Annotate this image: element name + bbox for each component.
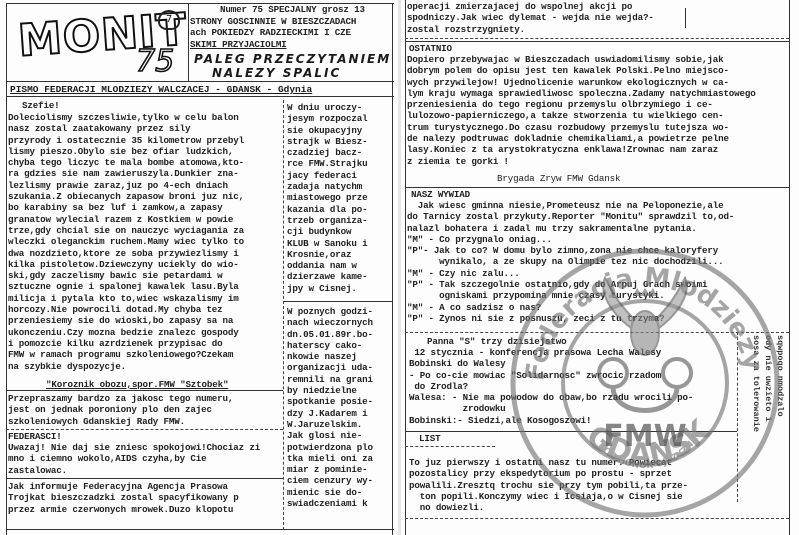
- note-line: Jak informuje Federacyjna Agencja Prasow…: [8, 481, 239, 492]
- interview-line: nalazl bohatera i zadal mu trzy sakramen…: [407, 223, 734, 234]
- article-line: ton popili.Konczymy wiec i Icsiaja,o w C…: [409, 491, 688, 502]
- editorial-note: Przepraszamy bardzo za jakosc tego numer…: [8, 393, 233, 427]
- column-line: strajk w Biesz-: [287, 136, 367, 147]
- article-signature: "Koroznik obozu,spor.FMW "Sztobek": [46, 379, 228, 390]
- article-line: na szybkie dyspozycje.: [8, 361, 244, 372]
- interview-line: "M" - A co sadzisz o nas?: [407, 302, 734, 313]
- column-line: nach wieczornych: [287, 317, 373, 328]
- article-line: Walesa: - Nie ma powodow do obaw,bo rzad…: [409, 392, 693, 403]
- column-line: jesym rozpoczal: [287, 113, 367, 124]
- article-line: kilka pistoletow.Dziewczyny uciekly do w…: [8, 259, 244, 270]
- article-line: i pomozcie kilku azrdzienek przypisac do: [8, 338, 244, 349]
- article-line: bo karabiny sa bez luf i zamkow,a zapasy: [8, 202, 244, 213]
- article-line: granatow wylecial razem z Kostkiem w pow…: [8, 214, 244, 225]
- article-line: dwa nozdzieto,ktore ze soba przywiezlism…: [8, 248, 244, 259]
- interview-line: "P"- Jak to co? W domu bylo zimno,zona n…: [407, 245, 734, 256]
- note-line: szkoleniowych Gdanskiej Rady FMW.: [8, 416, 233, 427]
- article-line: To juz pierwszy i ostatni nasz tu numer.…: [409, 457, 688, 468]
- interview-line: "M" - Co przygnalo oniag...: [407, 234, 734, 245]
- article-line: sztuczne ognie i spalonej kawalek lasu.B…: [8, 281, 244, 292]
- article-line: Bobinski:- Siedzi,ale Kosogoszowi!: [409, 415, 693, 426]
- note-line: mno i ciemno wokolo,AIDS czyha,by Cie: [8, 453, 260, 464]
- column-line: jpy w Cisnej.: [287, 283, 367, 294]
- side-column-strike: W dniu uroczy-jesym rozpoczalsie okupacy…: [287, 102, 367, 294]
- column-line: Krosnie,oraz: [287, 249, 367, 260]
- article-line: ski,gdy zaczelismy bawic sie petardami w: [8, 270, 244, 281]
- list-box: To juz pierwszy i ostatni nasz tu numer.…: [409, 457, 688, 513]
- article-line: 12 stycznia - konferencja prasowa Lecha …: [409, 347, 693, 358]
- column-line: rce FMW.Strajku: [287, 158, 367, 169]
- article-line: powalili.Zresztq trochu sie przy tym pob…: [409, 480, 688, 491]
- article-line: Doleciolismy szczesliwie,tylko w celu ba…: [8, 112, 244, 123]
- column-line: miastowego prze: [287, 192, 367, 203]
- column-line: dzy J.Kadarem i: [287, 408, 373, 419]
- margin-text-1: sosa za tolerowanie: [751, 335, 761, 432]
- article-line: wych przywilejow! Ujednolicenie warunkow…: [407, 77, 756, 88]
- article-line: zostal rozstrzygniety.: [407, 24, 654, 35]
- interview-line: "M" - Czy nic zalu...: [407, 268, 734, 279]
- article-line: milicja i pytala kto to,wiec wskazalismy…: [8, 293, 244, 304]
- interview-line: ogniskami przypomina mnie czasy turystyk…: [407, 290, 734, 301]
- badge-icon: 7: [158, 10, 180, 30]
- note-line: Uwazaj! Nie daj sie zniesc spokojowi!Cho…: [8, 442, 260, 453]
- column-line: spotkanie posie-: [287, 396, 373, 407]
- column-line: oddania nam w: [287, 260, 367, 271]
- issue-line: Numer 75 SPECJALNY grosz 13: [220, 4, 365, 15]
- column-line: dn.05.01.89r.bo-: [287, 329, 373, 340]
- margin-text-2: ody nie uwzieto i: [763, 335, 773, 422]
- article-line: wleczki oleganckim ruchem.Mamy wiec tylk…: [8, 236, 244, 247]
- column-line: KLUB w Sanoku i: [287, 238, 367, 249]
- note-line: zastalowac.: [8, 465, 260, 476]
- column-line: miar z pominie-: [287, 464, 373, 475]
- article-line: lulozowo-papierniczego,a takze stworzeni…: [407, 110, 756, 121]
- article-line: ra gdzies sie nam zawieruszyla.Dunkier z…: [8, 168, 244, 179]
- article-line: nasz zostal zaatakowany przez sily: [8, 123, 244, 134]
- article-line: - Po co-cie mowiac "Solidarnosc" zwrocic…: [409, 370, 693, 381]
- side-column-meeting: W poznych godzi-nach wieczornychdn.05.01…: [287, 306, 373, 509]
- column-line: sie okupacyjny: [287, 125, 367, 136]
- column-line: ciem cenzury wy-: [287, 475, 373, 486]
- ostatnio-signature: Brygada Zryw FMW Gdansk: [497, 173, 620, 184]
- article-line: lismy pieszo.Obylo sie bez ofiar ludzkic…: [8, 146, 244, 157]
- interview-heading: NASZ WYWIAD: [411, 189, 470, 200]
- interview-box: Jak wiesc gminna niesie,Prometeusz nie n…: [407, 200, 734, 324]
- note-line: przez armie czerwonych mrowek.Duzo klopo…: [8, 504, 239, 515]
- article-line: horcozy.Nie powrocili dotad.My chyba tez: [8, 304, 244, 315]
- article-line: FMW w ramach programu szkoleniowego?Czek…: [8, 349, 244, 360]
- panna-s-heading: Panna "S" trzy dzisiejstwo: [427, 336, 566, 347]
- column-line: potwierdzona plo: [287, 442, 373, 453]
- column-line: swiadczeniami k: [287, 498, 373, 509]
- article-line: przyrody i ostatecznie 35 kilometrow prz…: [8, 135, 244, 146]
- handwritten-note-2: NALEZY SPALIC: [212, 66, 341, 80]
- margin-text-3: sqwpoqo nmodzalo: [775, 335, 785, 417]
- handwritten-note-1: PALEG PRZECZYTANIEM: [194, 52, 391, 66]
- article-line: pozostalicy przy ekspedytorium po prostu…: [409, 468, 688, 479]
- article-line: przeniesiemy sie do wioski,bo zapasy sa …: [8, 315, 244, 326]
- interview-line: do Tarnicy zostal przykuty.Reporter "Mon…: [407, 211, 734, 222]
- article-line: dobrym polem do opisu jest ten kawalek P…: [407, 65, 756, 76]
- logo-number: 75: [136, 44, 174, 79]
- article-line: spodniczy.Jak wiec dylemat - wejda nie w…: [407, 12, 654, 23]
- column-line: W dniu uroczy-: [287, 102, 367, 113]
- article-line: lasy.Koniec z ta arystokratyczna enklawa…: [407, 144, 756, 155]
- federasci-box: Uwazaj! Nie daj sie zniesc spokojowi!Cho…: [8, 442, 260, 476]
- article-line: operacji zmierzajacej do wspolnej akcji …: [407, 1, 654, 12]
- list-heading: LIST: [419, 433, 440, 444]
- ostatnio-heading: OSTATNIO: [409, 43, 452, 54]
- article-line: trum turystycznego.Do czasu rozbudowy pr…: [407, 122, 756, 133]
- column-line: trzeb organiza-: [287, 215, 367, 226]
- article-line: ukonczeniu.Czy mozna bedzie znalezc gosp…: [8, 327, 244, 338]
- right-page: operacji zmierzajacej do wspolnej akcji …: [401, 0, 799, 535]
- interview-line: "P" - Zynos ni sie z posnuszu, zeci z tu…: [407, 313, 734, 324]
- article-line: Bobinski do Walesy: [409, 358, 693, 369]
- article-line: przeniesienia do tego regionu przemyslu …: [407, 99, 756, 110]
- interview-line: "P" - Tak szczegolnie ostatnio,gdy do Ar…: [407, 279, 734, 290]
- article-line: do Zrodla?: [409, 381, 693, 392]
- column-line: Jak glosi nie-: [287, 430, 373, 441]
- article-line: lym kraju wymaga sprawiedliwosc spoleczn…: [407, 88, 756, 99]
- interview-line: Jak wiesc gminna niesie,Prometeusz nie n…: [407, 200, 734, 211]
- note-line: Przepraszamy bardzo za jakosc tego numer…: [8, 393, 233, 404]
- interview-line: wynikalo, a ze skupy na Olimpie tez nic …: [407, 256, 734, 267]
- press-note: Jak informuje Federacyjna Agencja Prasow…: [8, 481, 239, 515]
- column-line: nkowie naszej: [287, 351, 373, 362]
- article-line: lezlismy prawie zaraz,juz po 4-ech dniac…: [8, 180, 244, 191]
- column-line: mienic sie do-: [287, 487, 373, 498]
- column-line: dzierzawe kame-: [287, 271, 367, 282]
- note-line: jest on jednak poroniony plo den zajec: [8, 404, 233, 415]
- subtitle: PISMO FEDERACJI MLODZIEZY WALCZACEJ - GD…: [10, 84, 312, 95]
- column-line: W.Jaruzelskim.: [287, 419, 373, 430]
- top-fragment: operacji zmierzajacej do wspolnej akcji …: [407, 1, 654, 35]
- column-line: by niedzielne: [287, 385, 373, 396]
- column-line: W poznych godzi-: [287, 306, 373, 317]
- note-line: Trojkat bieszczadzki zostal spacyfikowan…: [8, 492, 239, 503]
- article-line: trze,gdy chcial sie on nauczyc wyciagani…: [8, 225, 244, 236]
- article-heading: Szefie!: [22, 100, 60, 111]
- panna-s-box: 12 stycznia - konferencja prasowa Lecha …: [409, 347, 693, 426]
- main-article: Doleciolismy szczesliwie,tylko w celu ba…: [8, 112, 244, 372]
- article-line: no dowiezli.: [409, 502, 688, 513]
- column-line: organizacji uda-: [287, 362, 373, 373]
- article-line: szukania.Z obiecanych zapasow broni juz …: [8, 191, 244, 202]
- column-line: tka mieli oni za: [287, 453, 373, 464]
- column-line: czadziej bacz-: [287, 147, 367, 158]
- column-line: kazania dla po-: [287, 204, 367, 215]
- column-line: zadaja natychm: [287, 181, 367, 192]
- article-line: de nalezy podtruwac dokladnie chemikalia…: [407, 133, 756, 144]
- article-line: zrodowku: [409, 403, 693, 414]
- column-line: jacy federaci: [287, 170, 367, 181]
- article-line: chyba tego liczyc te mala bombe atomowa,…: [8, 157, 244, 168]
- dedication: STRONY GOSCINNIE W BIESZCZADACH ach POKI…: [190, 16, 356, 50]
- column-line: cji budynkow: [287, 226, 367, 237]
- article-line: Dopiero przebywajac w Bieszczadach uswia…: [407, 54, 756, 65]
- article-line: z ziemia te gorki !: [407, 156, 756, 167]
- left-page: MONIT 75 7 Numer 75 SPECJALNY grosz 13 S…: [0, 0, 398, 535]
- ostatnio-box: Dopiero przebywajac w Bieszczadach uswia…: [407, 54, 756, 167]
- column-line: haterscy cako-: [287, 340, 373, 351]
- federasci-heading: FEDERASCI!: [8, 431, 62, 442]
- column-line: remnili na grani: [287, 374, 373, 385]
